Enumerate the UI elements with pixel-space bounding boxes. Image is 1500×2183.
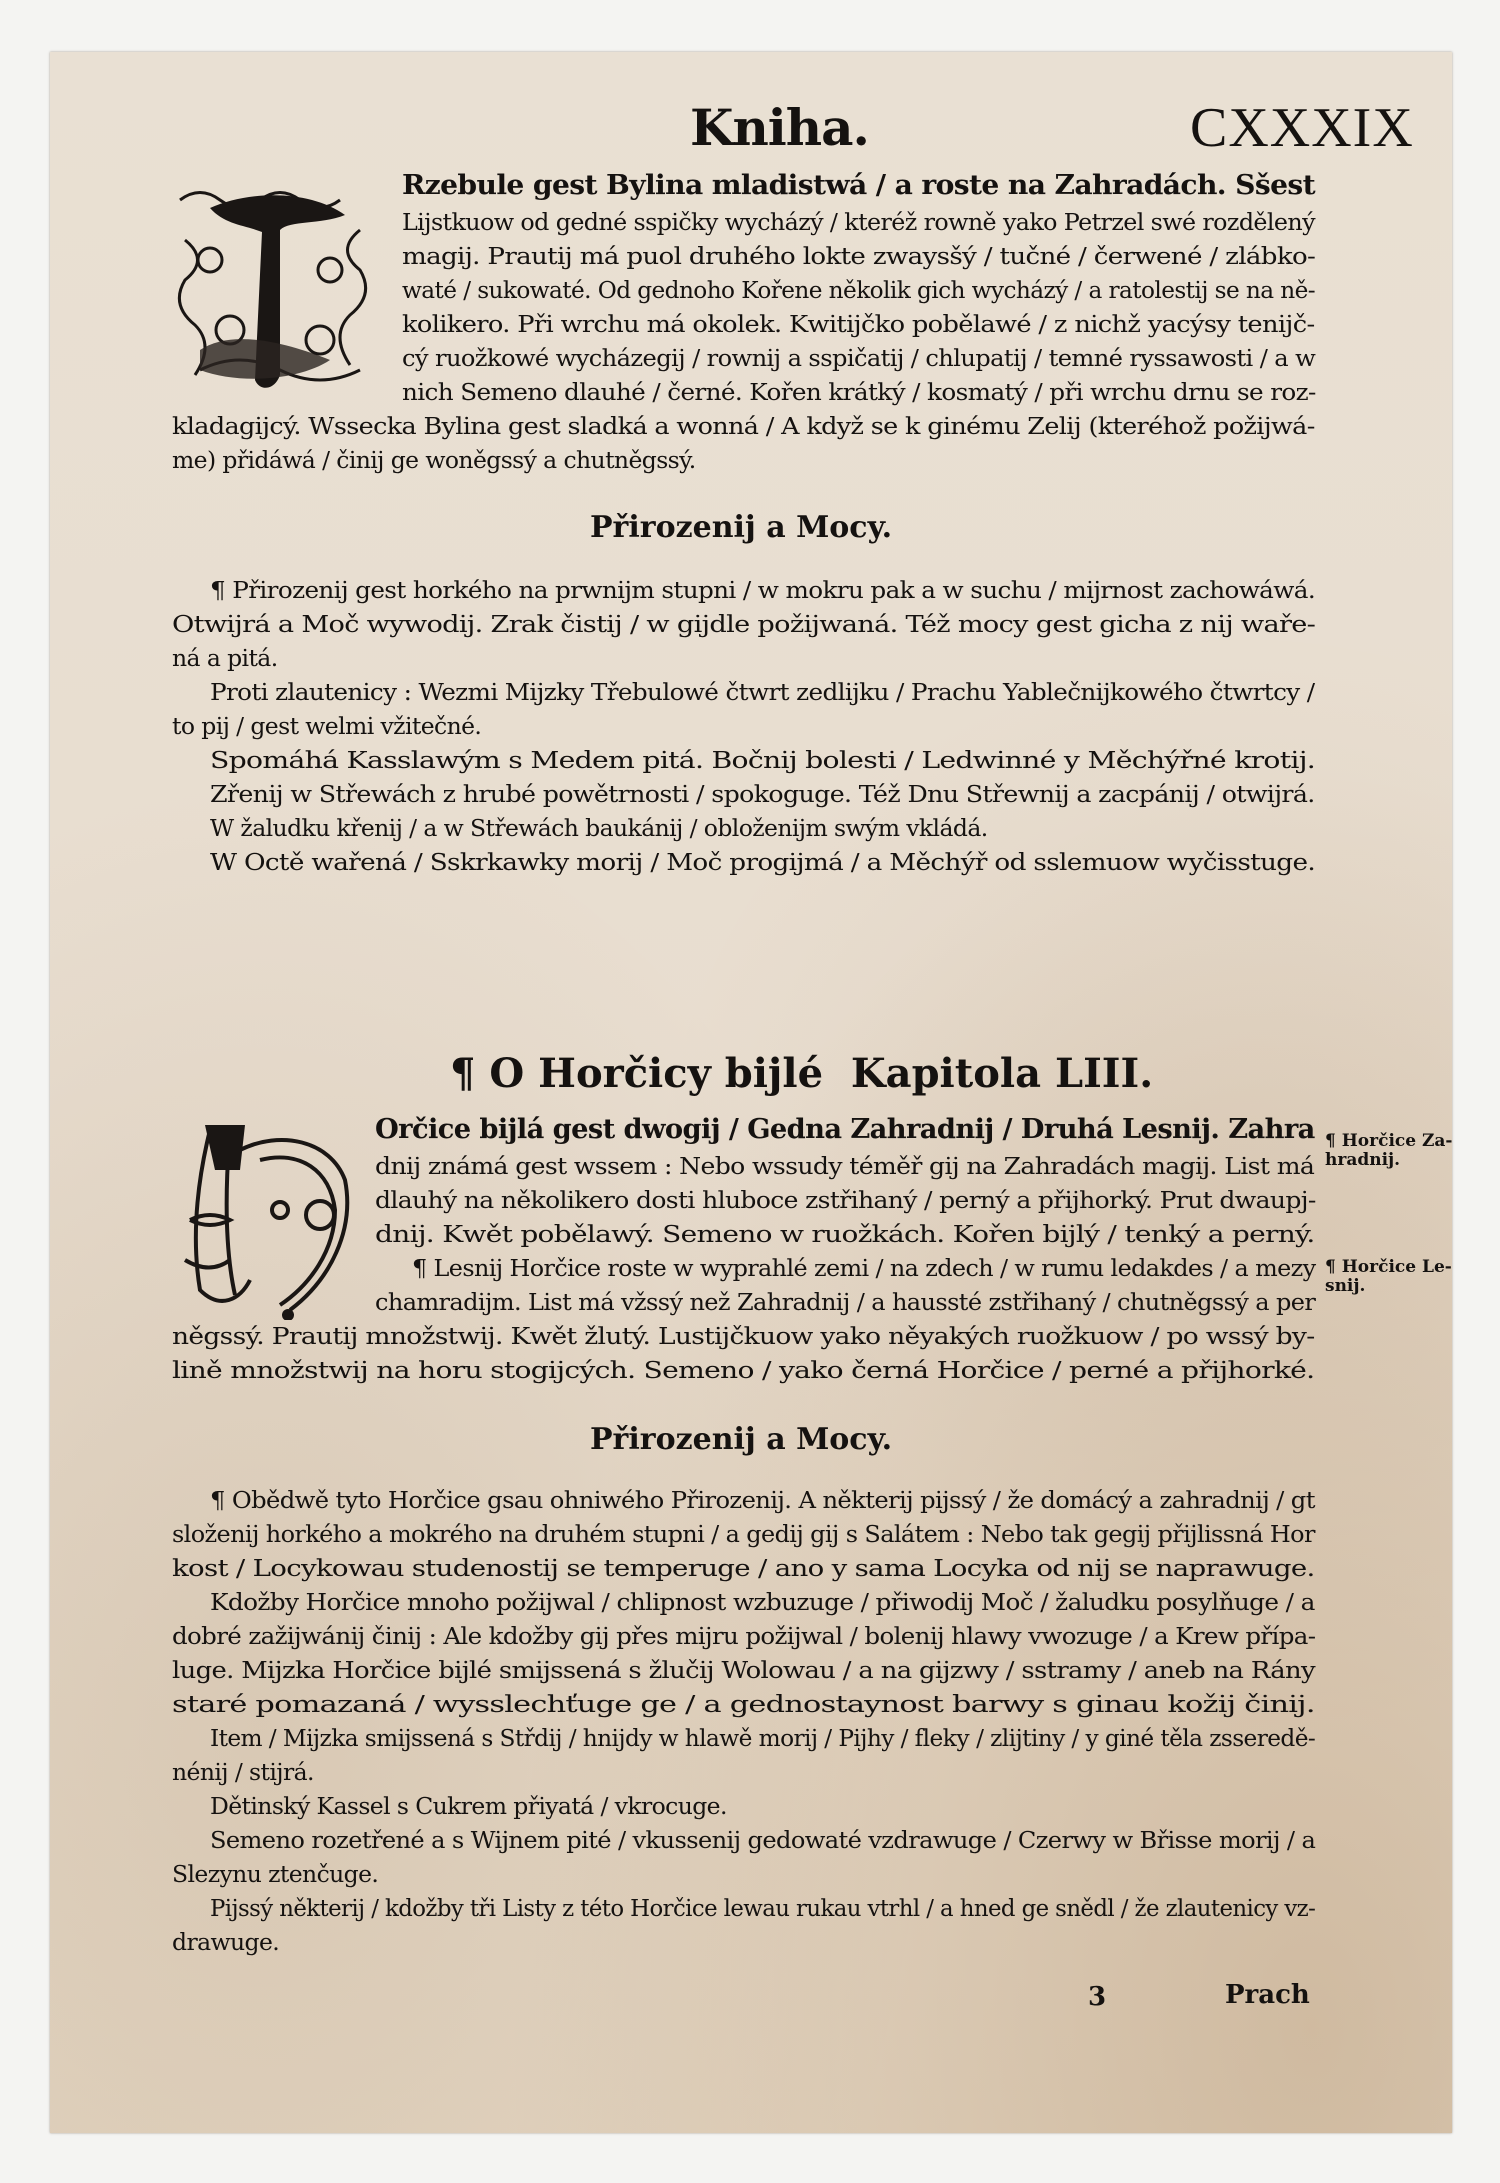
text-line: W Octě wařená / Sskrkawky morij / Moč pr… xyxy=(210,848,1315,876)
text-line: dnij známá gest wssem : Nebo wssudy témě… xyxy=(375,1152,1314,1180)
text-line: ¶ Lesnij Horčice roste w wyprahlé zemi /… xyxy=(412,1254,1315,1282)
text-line: Otwijrá a Moč wywodij. Zrak čistij / w g… xyxy=(172,610,1315,638)
text-line: Spomáhá Kasslawým s Medem pitá. Bočnij b… xyxy=(210,746,1315,774)
text-line: kladagijcý. Wsseckа Bylina gest sladká a… xyxy=(172,412,1315,440)
text-line: Orčice bijlá gest dwogij / Gedna Zahradn… xyxy=(375,1114,1315,1145)
text-line: složenij horkého a mokrého na druhém stu… xyxy=(172,1520,1315,1548)
section-heading: Přirozenij a Mocy. xyxy=(590,1422,892,1457)
text-line: chamradijm. List má vžssý než Zahradnij … xyxy=(375,1288,1315,1316)
text-line: nich Semeno dlauhé / černé. Kořen krátký… xyxy=(402,378,1316,406)
text-line: ná a pitá. xyxy=(172,644,278,672)
folio-number: CXXXIX xyxy=(1190,96,1414,160)
text-line: kolikero. Při wrchu má okolek. Kwitijčko… xyxy=(402,310,1314,338)
text-line: me) přidáwá / činij ge woněgssý a chutně… xyxy=(172,446,696,474)
chapter-number: Kapitola LIII. xyxy=(851,1050,1153,1097)
text-line: luge. Mijzka Horčice bijlé smijssená s ž… xyxy=(172,1656,1315,1684)
chapter-heading: ¶ O Horčicy bijlé Kapitola LIII. xyxy=(450,1050,1153,1097)
text-line: Slezynu ztenčuge. xyxy=(172,1860,378,1888)
margin-note: ¶ Horčice Le- snij. xyxy=(1325,1258,1452,1296)
text-line: něgssý. Prautij množstwij. Kwět žlutý. L… xyxy=(172,1322,1314,1350)
ornamental-h-icon xyxy=(170,1110,370,1320)
text-line: drawuge. xyxy=(172,1928,279,1956)
signature-mark: 3 xyxy=(1088,1982,1106,2012)
floral-ornament-icon xyxy=(170,180,375,398)
text-line: magij. Prautij má puol druhého lokte zwa… xyxy=(402,242,1315,270)
text-line: staré pomazaná / wysslechťuge ge / a ged… xyxy=(172,1690,1315,1718)
margin-note: ¶ Horčice Za- hradnij. xyxy=(1325,1132,1452,1170)
text-line: Rzebule gest Bylina mladistwá / a roste … xyxy=(402,170,1315,201)
text-line: dobré zažijwánij činij : Ale kdožby gij … xyxy=(172,1622,1315,1650)
text-line: kost / Locykowau studenostij se temperug… xyxy=(172,1554,1315,1582)
running-head: Kniha. xyxy=(690,98,869,157)
text-line: Proti zlautenicy : Wezmi Mijzky Třebulow… xyxy=(210,678,1315,706)
chapter-title: O Horčicy bijlé xyxy=(489,1050,823,1097)
text-line: Dětinský Kassel s Cukrem přiyatá / vkroc… xyxy=(210,1792,727,1820)
text-line: ¶ Přirozenij gest horkého na prwnijm stu… xyxy=(210,576,1315,604)
text-line: Pijssý některij / kdožby tři Listy z tét… xyxy=(210,1894,1315,1922)
text-line: to pij / gest welmi vžitečné. xyxy=(172,712,481,740)
section-heading: Přirozenij a Mocy. xyxy=(590,510,892,545)
text-line: dlauhý na několikero dosti hluboce zstři… xyxy=(375,1186,1316,1214)
pilcrow-icon: ¶ xyxy=(450,1050,489,1097)
text-line: Kdožby Horčice mnoho požijwal / chlipnos… xyxy=(210,1588,1315,1616)
catchword: Prach xyxy=(1225,1980,1310,2010)
decorated-initial-t xyxy=(170,180,375,398)
text-line: waté / sukowaté. Od gednoho Kořene někol… xyxy=(402,276,1315,304)
text-line: dnij. Kwět pobělawý. Semeno w ruožkách. … xyxy=(375,1220,1315,1248)
text-line: ¶ Obědwě tyto Horčice gsau ohniwého Přir… xyxy=(210,1486,1315,1514)
herbal-page: Kniha. CXXXIX Rzebule gest Bylina mladis… xyxy=(50,52,1452,2133)
text-line: W žaludku křenij / a w Střewách baukánij… xyxy=(210,814,988,842)
text-line: Lijstkuow od gedné sspičky wycházý / kte… xyxy=(402,208,1315,236)
text-line: cý ruožkowé wycházegij / rownij a sspiča… xyxy=(402,344,1315,372)
text-line: Item / Mijzka smijssená s Střdij / hnijd… xyxy=(210,1724,1315,1752)
text-line: Semeno rozetřené a s Wijnem pité / vkuss… xyxy=(210,1826,1315,1854)
decorated-initial-h xyxy=(170,1110,370,1320)
text-line: Zřenij w Střewách z hrubé powětrnosti / … xyxy=(210,780,1315,808)
text-line: nénij / stijrá. xyxy=(172,1758,314,1786)
text-line: lině množstwij na horu stogijcých. Semen… xyxy=(172,1356,1314,1384)
